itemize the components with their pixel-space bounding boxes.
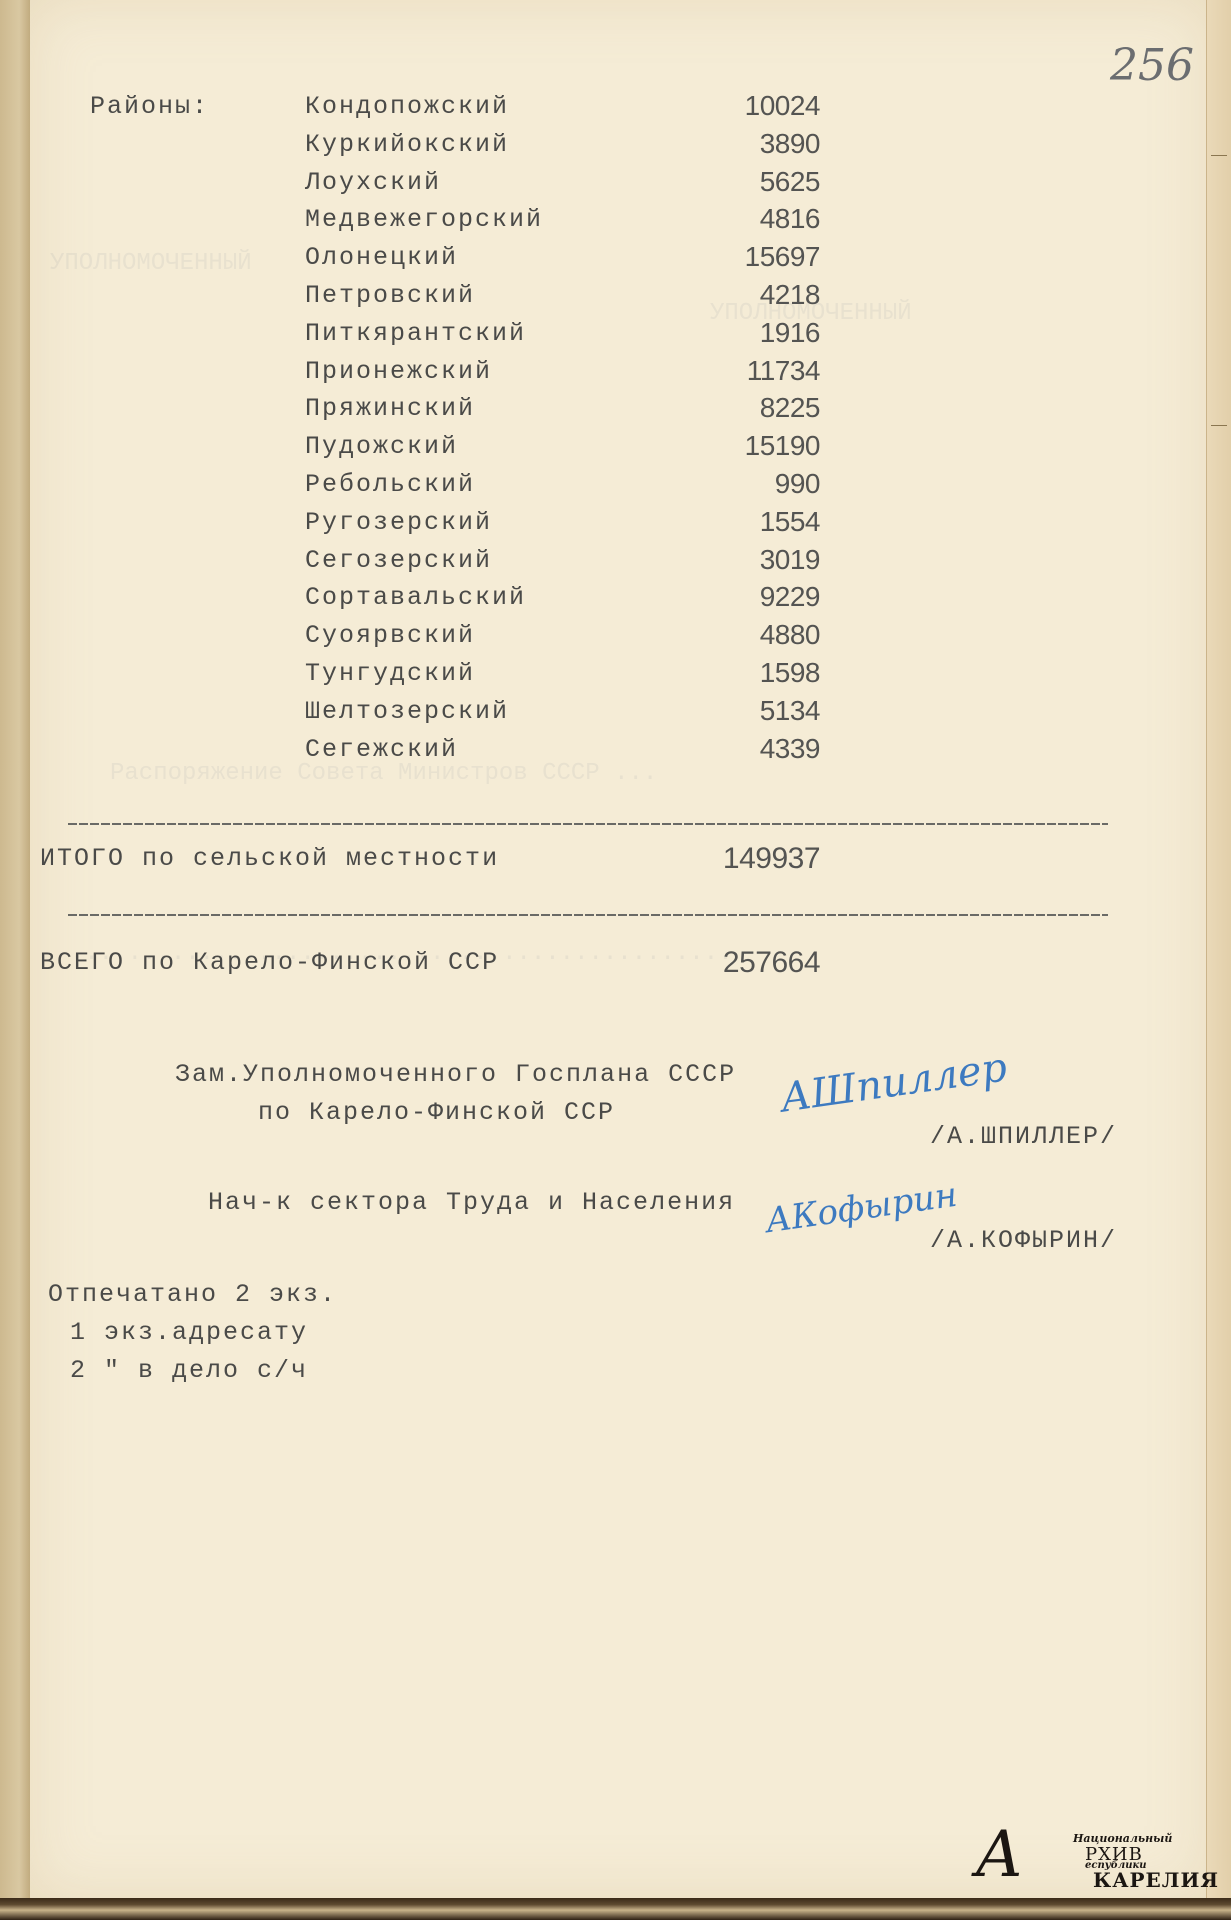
- district-name: Шелтозерский: [305, 697, 509, 726]
- district-value: 5134: [680, 695, 820, 727]
- district-value: 10024: [680, 90, 820, 122]
- district-value: 15190: [680, 430, 820, 462]
- district-name: Сегозерский: [305, 546, 492, 575]
- bleed-through-text: Распоряжение Совета Министров СССР ...: [110, 760, 657, 787]
- archive-watermark-logo: А Национальный РХИВ еспублики КАРЕЛИЯ: [975, 1822, 1220, 1892]
- bottom-page-stack: [0, 1898, 1231, 1920]
- left-binding-edge: [0, 0, 34, 1920]
- grand-total-value: 257664: [680, 946, 820, 980]
- archive-logo-line4: КАРЕЛИЯ: [1093, 1868, 1219, 1892]
- distribution-line-3: 2 " в дело с/ч: [70, 1356, 308, 1385]
- districts-label: Районы:: [90, 92, 209, 121]
- district-value: 4880: [680, 619, 820, 651]
- rural-total-value: 149937: [680, 842, 820, 876]
- signatory-1-name: /А.ШПИЛЛЕР/: [930, 1122, 1117, 1151]
- district-name: Сегежский: [305, 735, 458, 764]
- archive-logo-initial: А: [975, 1818, 1023, 1892]
- district-value: 15697: [680, 241, 820, 273]
- signature-shpiller: АШпиллер: [778, 1044, 1010, 1121]
- divider-line: [68, 823, 1108, 825]
- district-name: Суоярвский: [305, 621, 475, 650]
- district-value: 1916: [680, 317, 820, 349]
- district-name: Ребольский: [305, 470, 475, 499]
- district-name: Ругозерский: [305, 508, 492, 537]
- district-value: 5625: [680, 166, 820, 198]
- district-name: Кондопожский: [305, 92, 509, 121]
- district-value: 990: [680, 468, 820, 500]
- district-value: 4218: [680, 279, 820, 311]
- district-value: 11734: [680, 355, 820, 387]
- divider-line: [68, 914, 1108, 916]
- district-value: 4339: [680, 733, 820, 765]
- signatory-2-title: Нач-к сектора Труда и Населения: [208, 1188, 735, 1217]
- district-name: Куркийокский: [305, 130, 509, 159]
- document-page: УПОЛНОМОЧЕННЫЙ УПОЛНОМОЧЕННЫЙ Распоряжен…: [30, 0, 1210, 1898]
- signatory-1-title: Зам.Уполномоченного Госплана СССР: [175, 1060, 736, 1089]
- district-name: Пряжинский: [305, 394, 475, 423]
- district-name: Медвежегорский: [305, 205, 543, 234]
- rural-total-label: ИТОГО по сельской местности: [40, 844, 499, 873]
- signatory-2-name: /А.КОФЫРИН/: [930, 1226, 1117, 1255]
- district-name: Сортавальский: [305, 583, 526, 612]
- district-name: Пудожский: [305, 432, 458, 461]
- district-name: Тунгудский: [305, 659, 475, 688]
- district-value: 3890: [680, 128, 820, 160]
- district-name: Олонецкий: [305, 243, 458, 272]
- grand-total-label: ВСЕГО по Карело-Финской ССР: [40, 948, 499, 977]
- district-value: 4816: [680, 203, 820, 235]
- signatory-1-title-line2: по Карело-Финской ССР: [258, 1098, 615, 1127]
- distribution-line-1: Отпечатано 2 экз.: [48, 1280, 337, 1309]
- right-page-edge: [1206, 0, 1231, 1898]
- district-name: Лоухский: [305, 168, 441, 197]
- folio-number: 256: [1110, 40, 1194, 91]
- district-value: 1598: [680, 657, 820, 689]
- district-name: Питкярантский: [305, 319, 526, 348]
- bleed-through-text: УПОЛНОМОЧЕННЫЙ: [50, 250, 252, 277]
- district-value: 1554: [680, 506, 820, 538]
- district-value: 8225: [680, 392, 820, 424]
- district-name: Прионежский: [305, 357, 492, 386]
- district-value: 3019: [680, 544, 820, 576]
- distribution-line-2: 1 экз.адресату: [70, 1318, 308, 1347]
- district-value: 9229: [680, 581, 820, 613]
- district-name: Петровский: [305, 281, 475, 310]
